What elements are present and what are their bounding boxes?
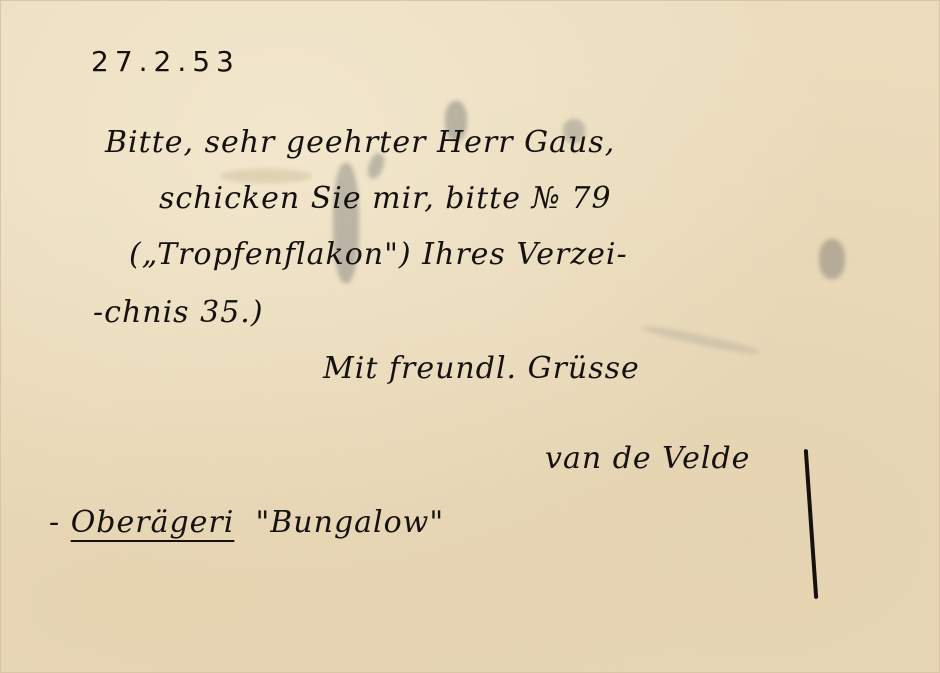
signature: van de Velde (545, 441, 750, 476)
body-line-1: schicken Sie mir, bitte № 79 (159, 181, 612, 216)
address-house: "Bungalow" (255, 505, 444, 540)
salutation-line: Bitte, sehr geehrter Herr Gaus, (105, 125, 615, 160)
body-line-3: -chnis 35.) (93, 295, 264, 330)
date: 27.2.53 (91, 45, 240, 78)
signature-flourish (804, 449, 818, 599)
postcard: 27.2.53 Bitte, sehr geehrter Herr Gaus, … (0, 0, 940, 673)
closing-line: Mit freundl. Grüsse (323, 351, 640, 386)
body-line-2-text: („Tropfenflakon") Ihres Verzei- (129, 237, 628, 272)
sender-address: - Oberägeri "Bungalow" (49, 505, 444, 540)
paper-stain (641, 323, 760, 358)
body-line-2: („Tropfenflakon") Ihres Verzei- (129, 237, 628, 272)
address-prefix: - (49, 505, 71, 540)
ink-stain (819, 239, 845, 279)
address-place: Oberägeri (71, 505, 235, 540)
